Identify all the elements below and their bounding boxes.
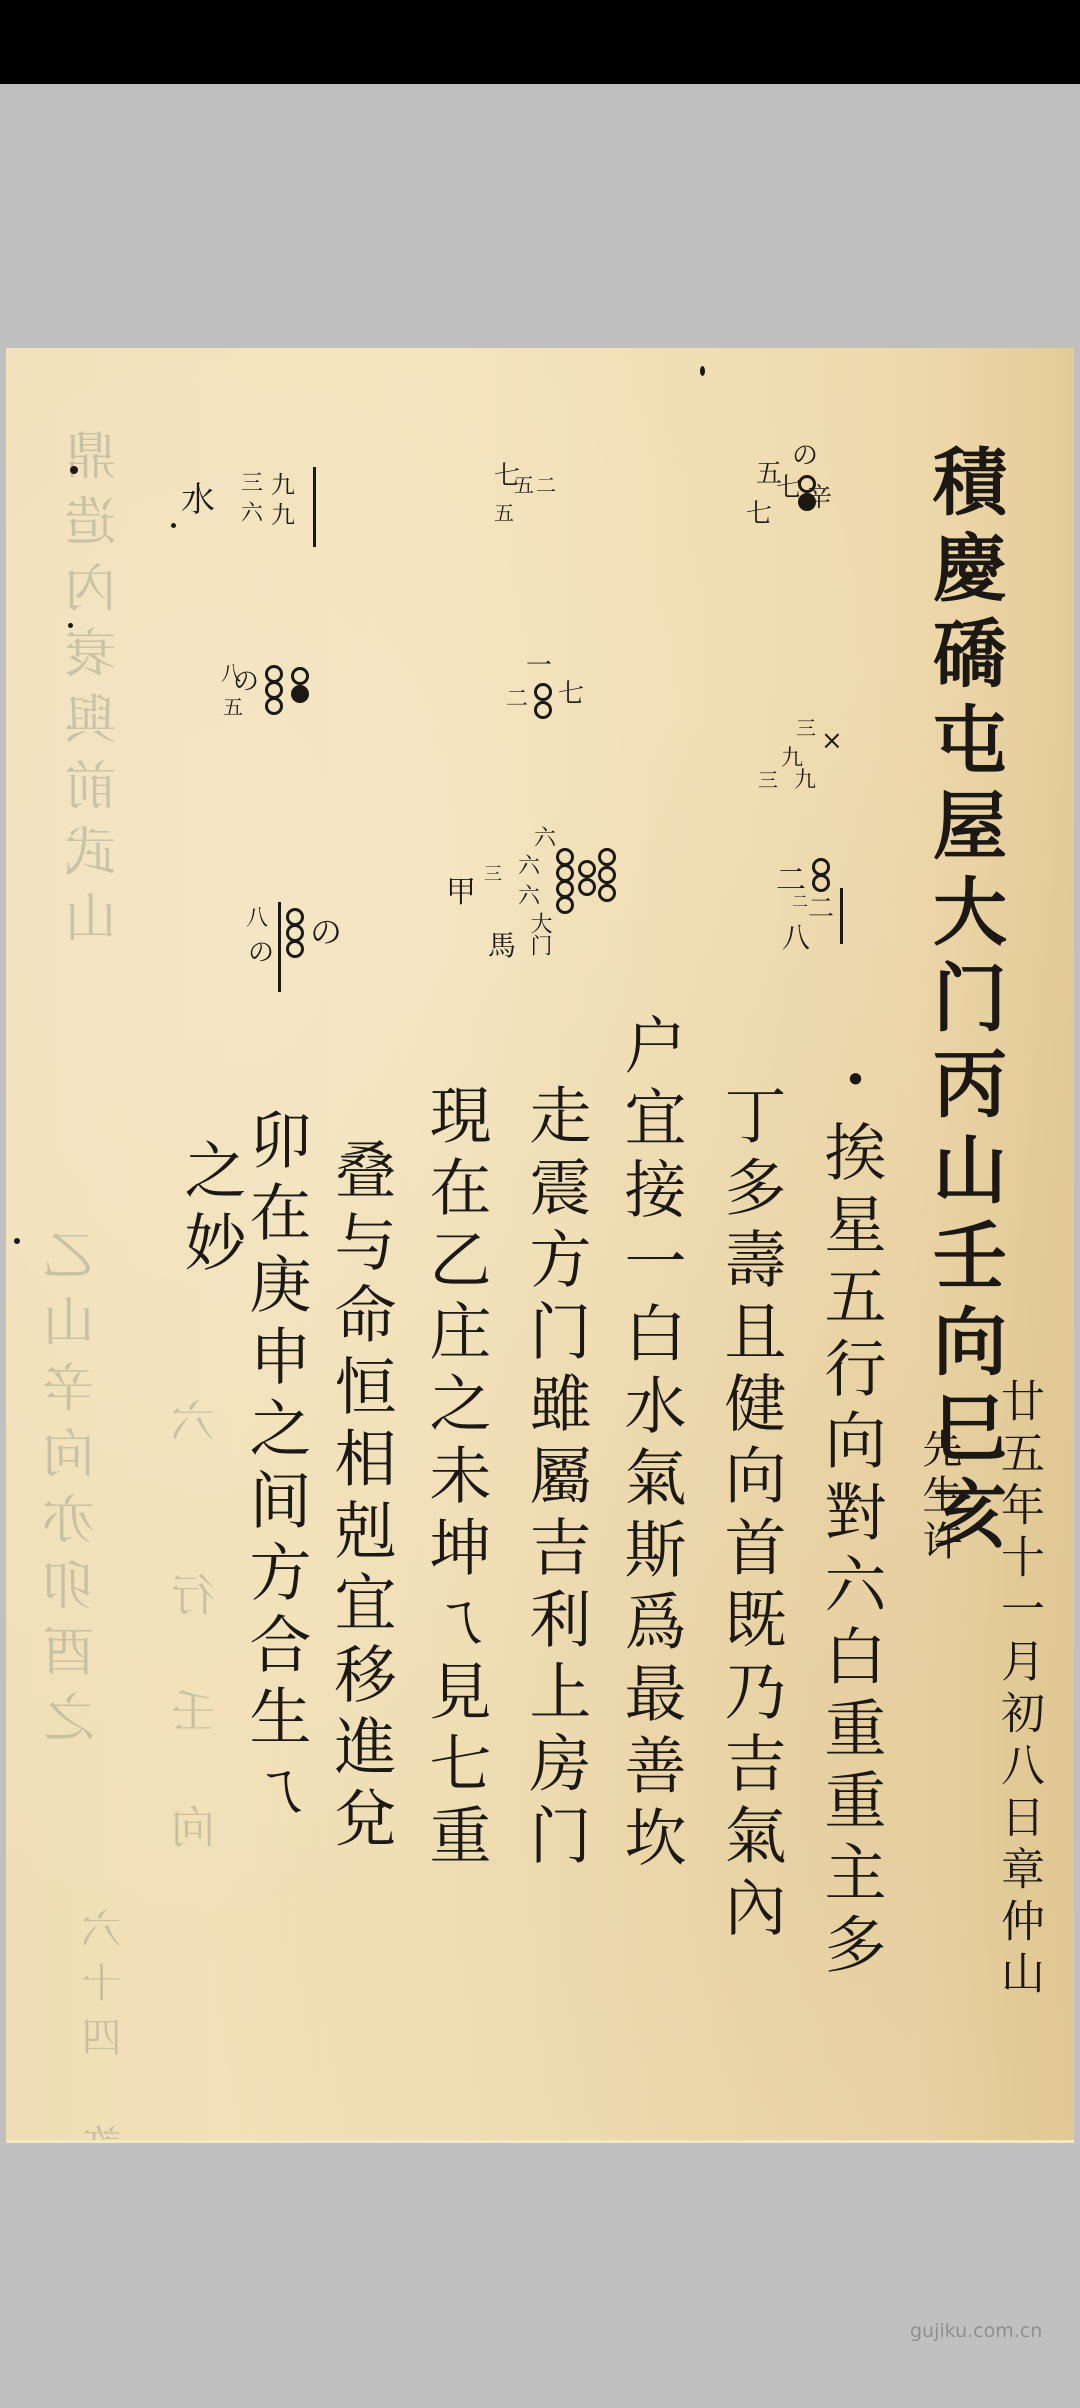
circle-mark [578,878,596,896]
circle-mark [556,896,574,914]
circle-mark [291,685,309,703]
top-black-bar [0,0,1080,84]
bleed-through-column-4: 六十四 許書 [76,1908,133,2143]
divider-line [313,467,316,547]
divider-line [840,888,843,944]
circle-mark [798,475,816,493]
title-annotation: 先生许 [911,1428,968,1566]
circle-mark [798,493,816,511]
circle-mark [578,860,596,878]
ink-speck [14,1238,20,1244]
body-column-4: 走震方门雖屬吉利上房门 [511,1083,600,1875]
circle-mark [812,874,830,892]
circle-mark [534,683,552,701]
body-column-3: 户宜接一白水氣斯爲最善坎 [606,1013,695,1877]
body-column-6: 叠与命恒相剋宜移進兌 [316,1138,405,1858]
body-column-5: 現在乙庄之未坤ㄟ見七重 [411,1083,500,1875]
bleed-through-column-2: 乙山辛向亦卯酉之 [36,1228,111,1756]
bleed-through-column-3: 六 行 壬 向 [166,1398,230,1862]
ink-speck [70,466,78,474]
site-watermark: gujiku.com.cn [910,2320,1042,2342]
circle-mark [286,940,304,958]
date-note: 廿五年十一月初八日章仲山 [986,1378,1050,2002]
body-column-2: 丁多壽且健向首既乃吉氣內 [706,1083,795,1947]
bleed-through-column-1: 鼎造內衰與前武山 [58,428,133,956]
circle-mark [291,667,309,685]
manuscript-page: 鼎造內衰與前武山 乙山辛向亦卯酉之 六 行 壬 向 六十四 許書 積慶礄屯屋大门… [6,348,1074,2143]
ink-speck [68,623,73,628]
ink-speck [700,366,705,376]
circle-mark [598,866,616,884]
divider-line [278,902,281,992]
circle-mark [598,884,616,902]
circle-mark [534,701,552,719]
circle-mark [598,848,616,866]
circle-mark [265,697,283,715]
body-column-1: ・挨星五行向對六白重重主多 [806,1048,895,1984]
ink-speck [171,523,176,528]
body-column-8: 之妙 [166,1138,255,1282]
